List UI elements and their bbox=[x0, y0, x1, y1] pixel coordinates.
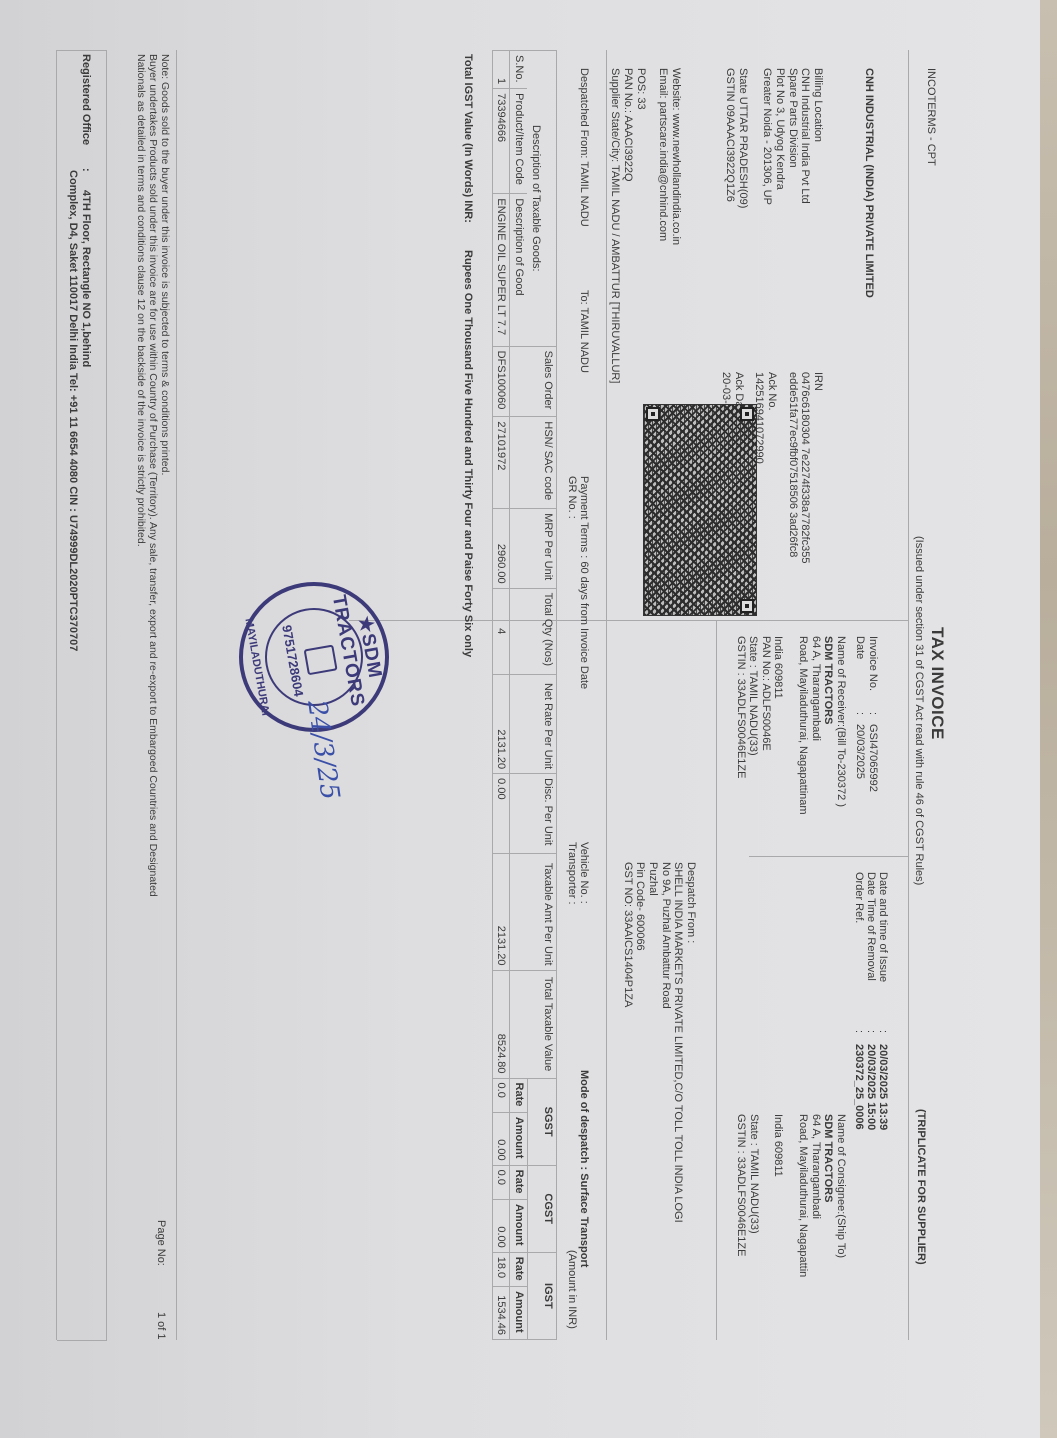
company-name: CNH INDUSTRIAL (INDIA) PRIVATE LIMITED bbox=[862, 68, 875, 298]
contact-block: Website: www.newhollandindia.co.in Email… bbox=[609, 68, 682, 383]
receiver-heading: Name of Receiver:(Bill To-230372 ) bbox=[834, 636, 847, 815]
mode-of-despatch: Mode of despatch : Surface Transport bbox=[577, 1070, 590, 1267]
despatched-from: Despatched From: TAMIL NADU bbox=[577, 68, 590, 227]
consignee-heading: Name of Consignee:(Ship To) bbox=[834, 1114, 847, 1277]
table-row: 1 73394666 ENGINE OIL SUPER LT 7.7 DFS10… bbox=[492, 51, 510, 1340]
despatched-to: To: TAMIL NADU bbox=[577, 290, 590, 373]
issue-label: Date and time of Issue bbox=[876, 872, 889, 982]
order-ref-value: 230372_25_0006 bbox=[852, 1044, 865, 1130]
website: Website: www.newhollandindia.co.in bbox=[669, 68, 682, 383]
despatch-from-block: Despatch From : SHELL INDIA MARKETS PRIV… bbox=[621, 862, 697, 1223]
billing-location: Billing Location CNH Industrial India Pv… bbox=[724, 68, 824, 208]
email: Email: partscare.india@cnhind.com bbox=[657, 68, 670, 383]
invoice-title: TAX INVOICE bbox=[927, 627, 947, 740]
items-table: Description of Taxable Goods: Sales Orde… bbox=[492, 50, 557, 1340]
invoice-subtitle: (Issued under section 31 of CGST Act rea… bbox=[912, 536, 925, 885]
qr-code bbox=[643, 404, 757, 616]
invoice-date: 20/03/2025 bbox=[853, 724, 866, 779]
payment-terms: Payment Terms : 60 days from Invoice Dat… bbox=[577, 476, 590, 689]
issue-value: 20/03/2025 13:39 bbox=[876, 1044, 889, 1130]
order-ref-label: Order Ref. bbox=[852, 872, 865, 923]
invoice-date-label: Date bbox=[853, 636, 866, 659]
invoice-no: GSI47065992 bbox=[866, 724, 879, 792]
incoterms: INCOTERMS - CPT bbox=[924, 68, 937, 166]
invoice-no-label: Invoice No. bbox=[866, 636, 879, 691]
transporter: Transporter : bbox=[565, 842, 578, 905]
copy-label: (TRIPLICATE FOR SUPPLIER) bbox=[914, 1109, 927, 1265]
removal-label: Date Time of Removal bbox=[864, 872, 877, 981]
removal-value: 20/03/2025 15:00 bbox=[864, 1044, 877, 1130]
page-no: 1 of 1 bbox=[154, 1312, 167, 1340]
registered-office-label: Registered Office bbox=[79, 54, 92, 145]
stamp-emblem-icon bbox=[304, 644, 338, 675]
amount-in-inr: (Amount in INR) bbox=[565, 1250, 578, 1329]
receiver-block: Name of Receiver:(Bill To-230372 ) SDM T… bbox=[734, 636, 847, 815]
igst-words: Rupees One Thousand Five Hundred and Thi… bbox=[461, 250, 474, 657]
gr-no: GR No. : bbox=[565, 476, 578, 519]
vehicle-no: Vehicle No. : bbox=[577, 842, 590, 904]
igst-words-label: Total IGST Value (In Words) INR: bbox=[461, 54, 474, 223]
page-no-label: Page No: bbox=[154, 1220, 167, 1266]
consignee-block: Name of Consignee:(Ship To) SDM TRACTORS… bbox=[735, 1114, 847, 1277]
footer-note: Note: Goods sold to the buyer under this… bbox=[135, 54, 171, 897]
registered-office-address: 4TH Floor, Rectangle NO 1,behind Complex… bbox=[67, 190, 92, 651]
tax-invoice-document: TAX INVOICE (Issued under section 31 of … bbox=[0, 0, 1057, 1438]
